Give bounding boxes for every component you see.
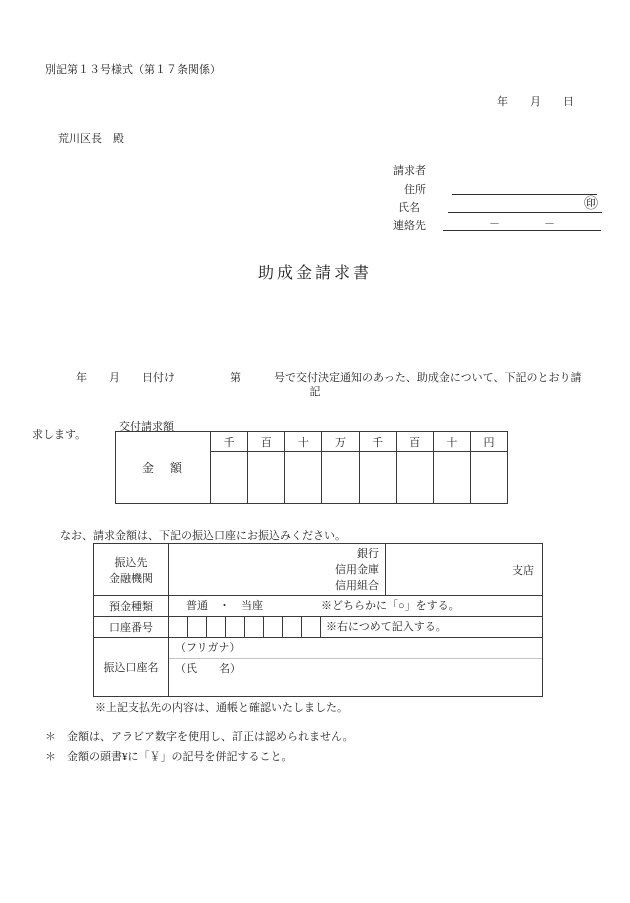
subsidy-request-form-page: 別記第１３号様式（第１７条関係） 年 月 日 荒川区長 殿 請求者 住所 氏名 … [0, 0, 630, 903]
account-number-box [264, 617, 283, 637]
account-number-box [245, 617, 264, 637]
amount-col-header: 万 [321, 432, 358, 451]
seal-icon: ㊞ [584, 198, 598, 212]
amount-col-header: 十 [284, 432, 321, 451]
payee-label-line2: 金融機関 [109, 570, 153, 586]
account-number-label: 口座番号 [94, 617, 169, 637]
payee-institution-label: 振込先 金融機関 [94, 544, 169, 595]
date-line: 年 月 日 [497, 93, 574, 109]
account-number-box [283, 617, 302, 637]
amount-digit-cell [211, 452, 247, 503]
bank-institution-row: 振込先 金融機関 銀行 信用金庫 信用組合 支店 [94, 544, 542, 596]
institution-name-cell: 銀行 信用金庫 信用組合 [169, 544, 386, 595]
ki-heading: 記 [0, 383, 630, 399]
address-row: 住所 [0, 180, 630, 195]
amount-row-label: 金 額 [116, 432, 211, 503]
amount-digit-cell [284, 452, 321, 503]
furigana-field: （フリガナ） [169, 638, 542, 659]
bank-table: 振込先 金融機関 銀行 信用金庫 信用組合 支店 預金種類 普通 ・ 当座 ※ど… [93, 543, 543, 697]
amount-digit-cell [247, 452, 284, 503]
amount-table: 金 額 千 百 十 万 千 百 十 円 [115, 431, 508, 504]
account-number-box [169, 617, 188, 637]
address-field [452, 179, 597, 195]
branch-suffix-label: 支店 [512, 562, 534, 578]
account-name-row: 振込口座名 （フリガナ） （氏 名） [94, 638, 542, 696]
name-field [448, 197, 602, 213]
holder-name-field: （氏 名） [169, 659, 542, 696]
amount-col-header: 円 [470, 432, 507, 451]
form-code-text: 別記第１３号様式（第１７条関係） [45, 61, 221, 77]
amount-col-header: 千 [359, 432, 396, 451]
amount-header-row: 千 百 十 万 千 百 十 円 [211, 432, 507, 452]
contact-row: 連絡先 － － [0, 216, 630, 231]
amount-digit-cell [321, 452, 358, 503]
name-label: 氏名 [398, 199, 420, 215]
account-number-box [226, 617, 245, 637]
institution-type-kumiai: 信用組合 [169, 578, 379, 594]
amount-col-header: 千 [211, 432, 247, 451]
account-number-box [207, 617, 226, 637]
account-number-row: 口座番号 ※右につめて記入する。 [94, 617, 542, 638]
branch-cell: 支店 [386, 544, 542, 595]
institution-type-bank: 銀行 [169, 546, 379, 562]
passbook-confirm-note: ※上記支払先の内容は、通帳と確認いたしました。 [95, 699, 348, 715]
deposit-type-cell: 普通 ・ 当座 ※どちらかに「○」をする。 [169, 596, 542, 616]
payee-label-line1: 振込先 [115, 554, 148, 570]
amount-digit-cell [470, 452, 507, 503]
amount-digit-cell [359, 452, 396, 503]
amount-digit-cell [433, 452, 470, 503]
bank-intro-text: なお、請求金額は、下記の振込口座にお振込みください。 [60, 527, 346, 543]
account-number-note: ※右につめて記入する。 [321, 617, 542, 637]
account-name-label: 振込口座名 [94, 638, 169, 696]
address-label: 住所 [404, 181, 426, 197]
name-row: 氏名 ㊞ [0, 198, 630, 213]
amount-col-header: 十 [433, 432, 470, 451]
addressee-text: 荒川区長 殿 [58, 130, 124, 146]
amount-body-row [211, 452, 507, 503]
deposit-type-options: 普通 ・ 当座 [186, 600, 263, 612]
contact-label: 連絡先 [393, 217, 426, 233]
contact-field: － － [443, 215, 601, 231]
deposit-type-note: ※どちらかに「○」をする。 [321, 596, 460, 616]
amount-col-header: 百 [247, 432, 284, 451]
account-number-box [302, 617, 321, 637]
form-title: 助成金請求書 [0, 260, 630, 283]
deposit-type-row: 預金種類 普通 ・ 当座 ※どちらかに「○」をする。 [94, 596, 542, 617]
requester-label: 請求者 [393, 162, 426, 178]
deposit-type-label: 預金種類 [94, 596, 169, 616]
account-number-box [188, 617, 207, 637]
amount-digit-cell [396, 452, 433, 503]
footnote-1: ＊ 金額は、アラビア数字を使用し、訂正は認められません。 [45, 728, 354, 744]
institution-type-shinkin: 信用金庫 [169, 562, 379, 578]
footnote-2: ＊ 金額の頭書¥に「￥」の記号を併記すること。 [45, 748, 293, 764]
amount-col-header: 百 [396, 432, 433, 451]
